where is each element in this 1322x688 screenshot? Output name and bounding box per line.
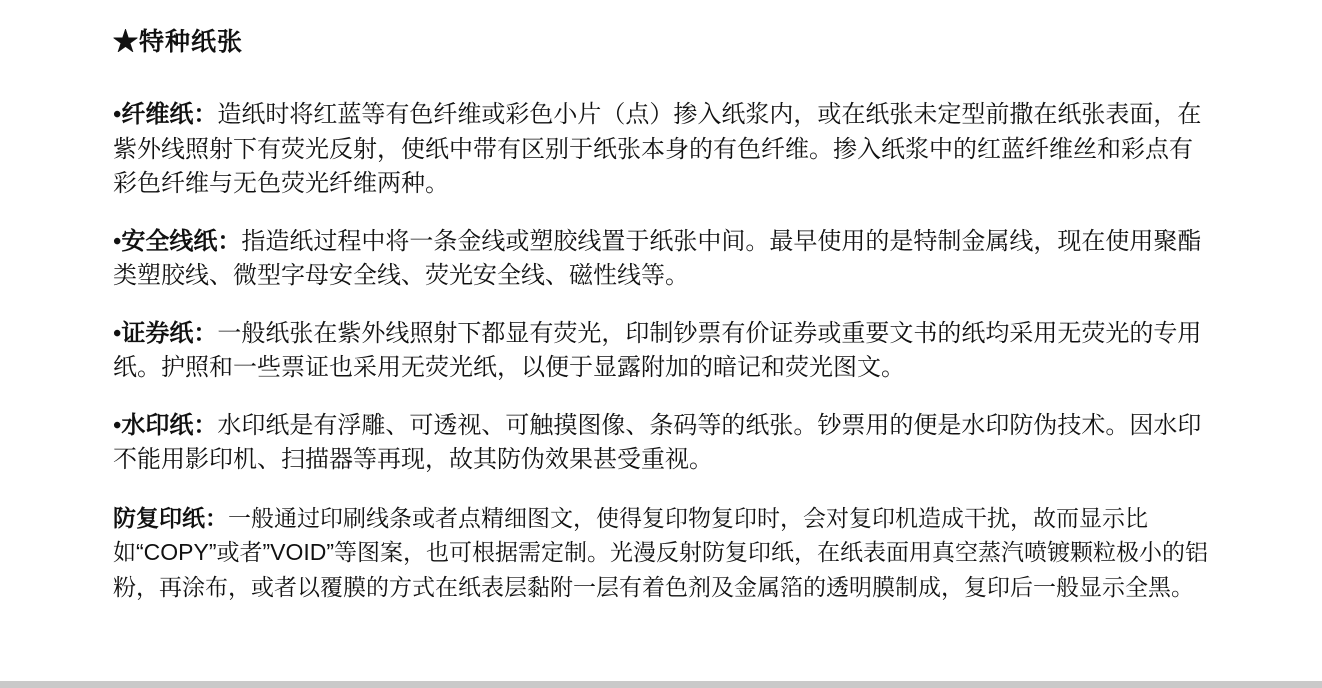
- paragraph-anticopy-paper: 防复印纸：一般通过印刷线条或者点精细图文，使得复印物复印时，会对复印机造成干扰，…: [113, 501, 1210, 605]
- paragraph-fiber-paper: •纤维纸：造纸时将红蓝等有色纤维或彩色小片（点）掺入纸浆内，或在纸张未定型前撒在…: [113, 98, 1210, 202]
- body-anticopy-paper: 一般通过印刷线条或者点精细图文，使得复印物复印时，会对复印机造成干扰，故而显示比…: [113, 505, 1208, 600]
- term-watermark-paper: •水印纸：: [113, 413, 217, 439]
- term-anticopy-paper: 防复印纸：: [113, 505, 228, 531]
- paragraph-security-thread-paper: •安全线纸：指造纸过程中将一条金线或塑胶线置于纸张中间。最早使用的是特制金属线，…: [113, 225, 1210, 294]
- term-bond-paper: •证券纸：: [113, 321, 217, 347]
- body-watermark-paper: 水印纸是有浮雕、可透视、可触摸图像、条码等的纸张。钞票用的便是水印防伪技术。因水…: [113, 413, 1201, 474]
- body-security-thread-paper: 指造纸过程中将一条金线或塑胶线置于纸张中间。最早使用的是特制金属线，现在使用聚酯…: [113, 229, 1201, 290]
- page-title: ★特种纸张: [113, 26, 1210, 60]
- paragraph-watermark-paper: •水印纸：水印纸是有浮雕、可透视、可触摸图像、条码等的纸张。钞票用的便是水印防伪…: [113, 409, 1210, 478]
- document-page: ★特种纸张 •纤维纸：造纸时将红蓝等有色纤维或彩色小片（点）掺入纸浆内，或在纸张…: [0, 0, 1322, 604]
- term-fiber-paper: •纤维纸：: [113, 102, 217, 128]
- body-fiber-paper: 造纸时将红蓝等有色纤维或彩色小片（点）掺入纸浆内，或在纸张未定型前撒在纸张表面，…: [113, 102, 1201, 197]
- paragraph-bond-paper: •证券纸：一般纸张在紫外线照射下都显有荧光，印制钞票有价证券或重要文书的纸均采用…: [113, 317, 1210, 386]
- term-security-thread-paper: •安全线纸：: [113, 229, 241, 255]
- body-bond-paper: 一般纸张在紫外线照射下都显有荧光，印制钞票有价证券或重要文书的纸均采用无荧光的专…: [113, 321, 1201, 382]
- page-bottom-edge: [0, 681, 1322, 688]
